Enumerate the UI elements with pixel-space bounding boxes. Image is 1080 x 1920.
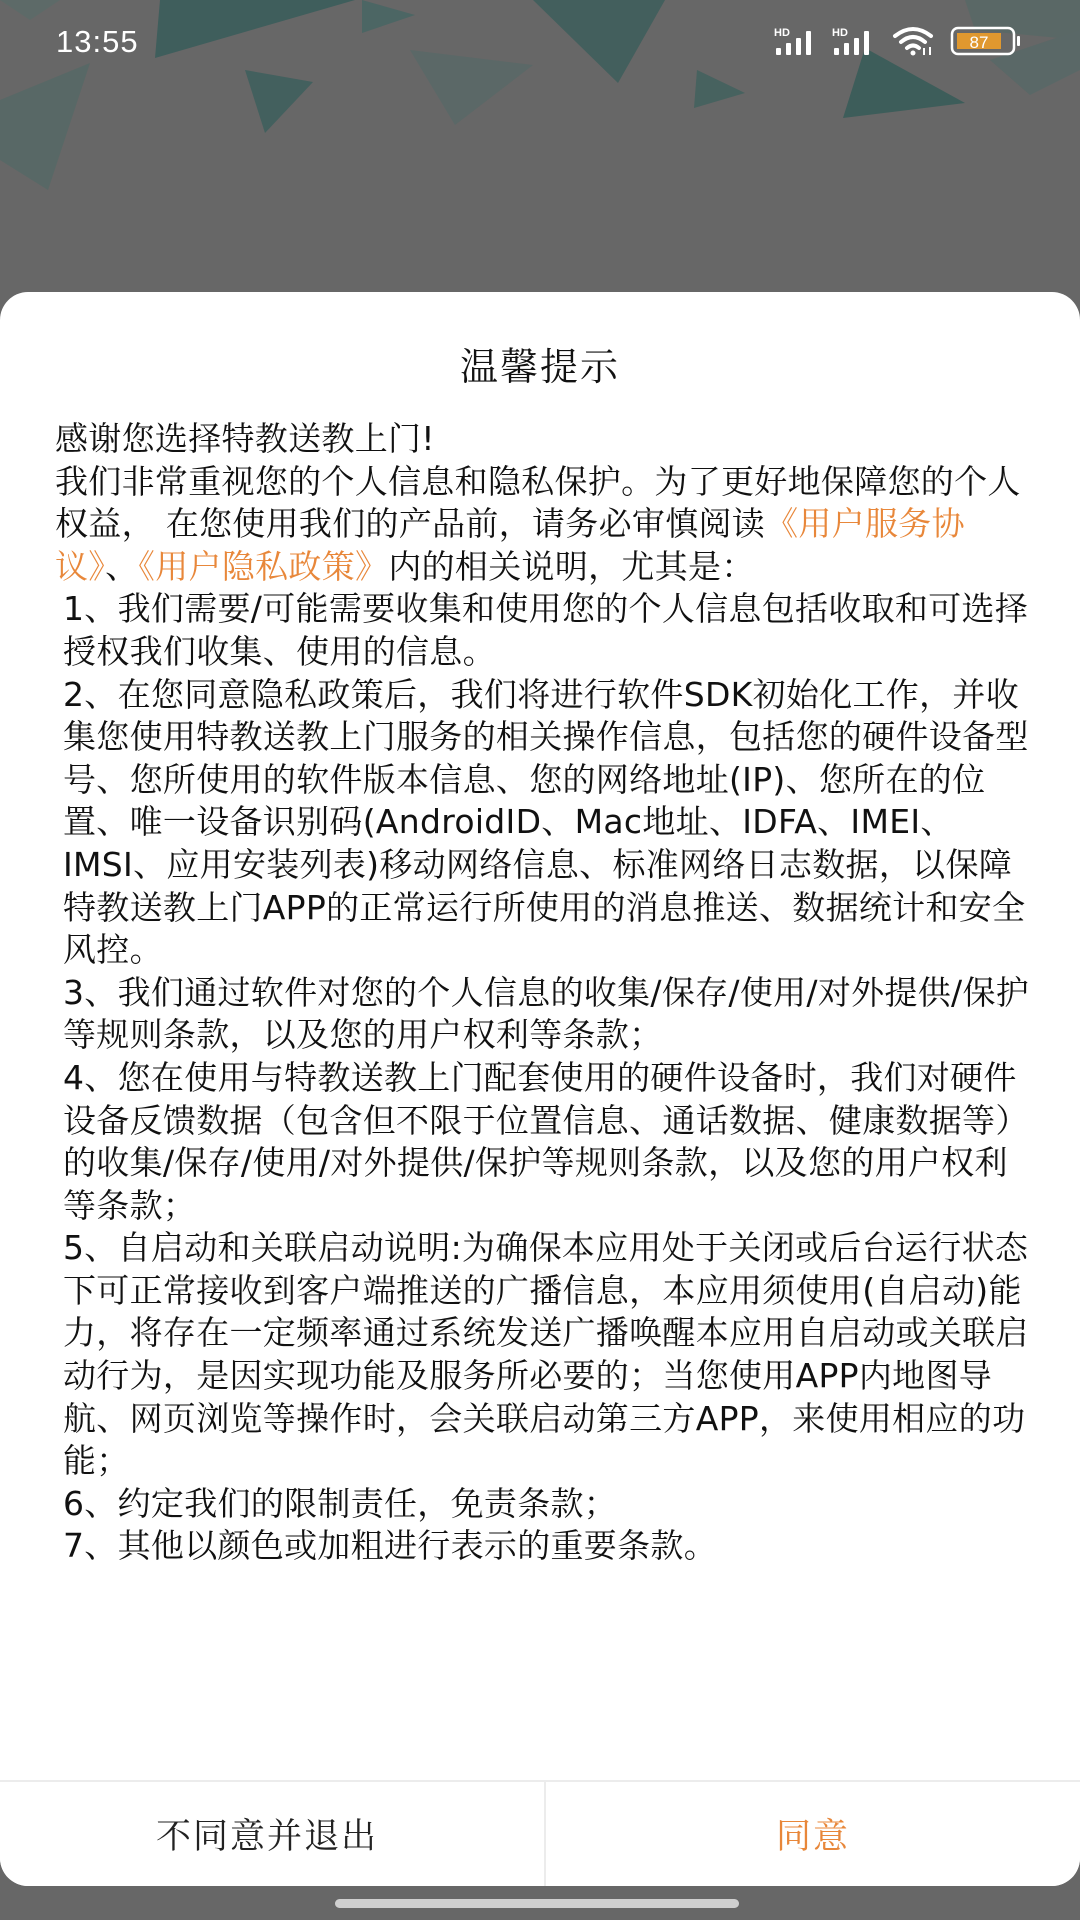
disagree-exit-button[interactable]: 不同意并退出 [0, 1782, 546, 1886]
svg-text:HD: HD [832, 27, 848, 39]
wifi-icon [892, 26, 938, 56]
greeting-text: 感谢您选择特教送教上门! [55, 418, 1030, 461]
dialog-body[interactable]: 感谢您选择特教送教上门! 我们非常重视您的个人信息和隐私保护。为了更好地保障您的… [55, 418, 1030, 1568]
link-separator: 、 [105, 547, 138, 586]
privacy-policy-link[interactable]: 《用户隐私政策》 [138, 547, 388, 586]
battery-icon: 87 [950, 26, 1022, 56]
signal-icon-sim2: HD [832, 26, 880, 56]
clause-item-3: 3、我们通过软件对您的个人信息的收集/保存/使用/对外提供/保护等规则条款，以及… [55, 972, 1030, 1057]
clause-item-6: 6、约定我们的限制责任，免责条款； [55, 1483, 1030, 1526]
dialog-footer: 不同意并退出 同意 [0, 1780, 1080, 1886]
svg-text:87: 87 [970, 33, 989, 52]
clause-item-7: 7、其他以颜色或加粗进行表示的重要条款。 [55, 1525, 1030, 1568]
dialog-title: 温馨提示 [0, 336, 1080, 391]
intro-paragraph: 我们非常重视您的个人信息和隐私保护。为了更好地保障您的个人权益， 在您使用我们的… [55, 461, 1030, 589]
svg-text:HD: HD [774, 27, 790, 39]
home-indicator[interactable] [335, 1899, 739, 1908]
agree-button[interactable]: 同意 [546, 1782, 1080, 1886]
clause-item-1: 1、我们需要/可能需要收集和使用您的个人信息包括收取和可选择授权我们收集、使用的… [55, 588, 1030, 673]
status-bar: 13:55 HD HD 87 [0, 0, 1080, 80]
clause-item-2: 2、在您同意隐私政策后，我们将进行软件SDK初始化工作，并收集您使用特教送教上门… [55, 674, 1030, 972]
clause-item-5: 5、自启动和关联启动说明:为确保本应用处于关闭或后台运行状态下可正常接收到客户端… [55, 1227, 1030, 1483]
status-time: 13:55 [56, 24, 139, 60]
signal-icon-sim1: HD [774, 26, 822, 56]
intro-text-end: 内的相关说明，尤其是： [388, 547, 754, 586]
privacy-dialog: 温馨提示 感谢您选择特教送教上门! 我们非常重视您的个人信息和隐私保护。为了更好… [0, 292, 1080, 1886]
clause-item-4: 4、您在使用与特教送教上门配套使用的硬件设备时，我们对硬件设备反馈数据（包含但不… [55, 1057, 1030, 1227]
